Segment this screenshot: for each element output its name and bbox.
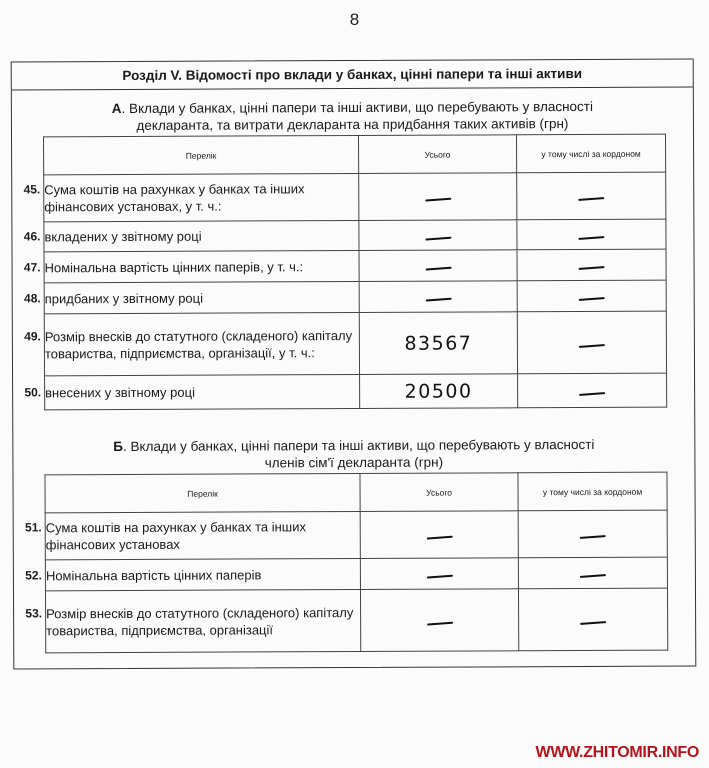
abroad-cell	[517, 219, 666, 250]
handwritten-dash	[579, 266, 605, 270]
total-cell	[360, 558, 518, 590]
total-cell	[359, 250, 517, 282]
part-b-letter: Б	[113, 439, 123, 454]
total-cell: 20500	[360, 374, 518, 409]
part-a-letter: А	[112, 101, 122, 116]
section-title: Розділ V. Відомості про вклади у банках,…	[12, 60, 693, 91]
handwritten-dash	[580, 574, 606, 578]
section-v-frame: Розділ V. Відомості про вклади у банках,…	[11, 59, 697, 670]
column-header-total: Усього	[359, 135, 517, 174]
row-number: 53.	[16, 605, 42, 622]
total-cell	[359, 220, 517, 251]
handwritten-dash	[425, 198, 451, 202]
row-number: 48.	[15, 290, 41, 307]
abroad-cell	[518, 373, 667, 408]
row-label: 49.Розмір внесків до статутного (складен…	[44, 312, 359, 375]
page-number: 8	[0, 10, 709, 30]
handwritten-dash	[425, 267, 451, 271]
table-row: 49.Розмір внесків до статутного (складен…	[44, 311, 666, 376]
table-row: 51.Сума коштів на рахунках у банках та і…	[45, 510, 667, 560]
row-number: 50.	[15, 384, 41, 401]
row-number: 47.	[15, 259, 41, 276]
column-header-abroad: у тому числі за кордоном	[518, 472, 667, 511]
row-number: 46.	[14, 228, 40, 245]
total-cell	[359, 281, 517, 313]
total-cell	[360, 589, 518, 652]
row-number: 49.	[15, 328, 41, 345]
abroad-cell	[517, 172, 666, 220]
handwritten-dash	[425, 298, 451, 302]
part-b-title: Б. Вклади у банках, цінні папери та інші…	[13, 436, 694, 473]
handwritten-dash	[580, 535, 606, 539]
column-header-list: Перелік	[44, 135, 359, 174]
table-row: 45.Сума коштів на рахунках у банках та і…	[44, 172, 666, 222]
handwritten-dash	[427, 621, 453, 625]
total-cell: 83567	[359, 312, 517, 375]
row-label: 52.Номінальна вартість цінних паперів	[45, 558, 360, 590]
abroad-cell	[517, 280, 666, 312]
row-number: 52.	[16, 567, 42, 584]
total-cell	[360, 511, 518, 559]
column-header-abroad: у тому числі за кордоном	[517, 134, 666, 173]
handwritten-dash	[425, 236, 451, 240]
handwritten-dash	[579, 391, 605, 395]
table-row: 52.Номінальна вартість цінних паперів	[45, 557, 667, 591]
part-b-table: Перелік Усього у тому числі за кордоном …	[44, 472, 668, 654]
handwritten-dash	[426, 575, 452, 579]
row-label: 47.Номінальна вартість цінних паперів, у…	[44, 250, 359, 282]
handwritten-dash	[579, 297, 605, 301]
row-number: 51.	[16, 519, 42, 536]
table-row: 47.Номінальна вартість цінних паперів, у…	[44, 249, 666, 283]
abroad-cell	[518, 588, 667, 651]
abroad-cell	[518, 510, 667, 558]
handwritten-value: 83567	[404, 332, 472, 354]
row-label: 45.Сума коштів на рахунках у банках та і…	[44, 173, 359, 221]
abroad-cell	[518, 557, 667, 589]
handwritten-dash	[579, 343, 605, 347]
watermark: WWW.ZHITOMIR.INFO	[536, 744, 699, 762]
row-label: 46.вкладених у звітному році	[44, 220, 359, 251]
table-row: 50.внесених у звітному році20500	[45, 373, 667, 410]
row-number: 45.	[14, 181, 40, 198]
column-header-total: Усього	[360, 473, 518, 512]
handwritten-value: 20500	[405, 380, 473, 402]
row-label: 48.придбаних у звітному році	[44, 281, 359, 313]
row-label: 50.внесених у звітному році	[45, 374, 360, 409]
total-cell	[359, 173, 517, 221]
handwritten-dash	[580, 620, 606, 624]
handwritten-dash	[578, 235, 604, 239]
part-a-table: Перелік Усього у тому числі за кордоном …	[43, 134, 667, 411]
row-label: 53.Розмір внесків до статутного (складен…	[45, 589, 360, 652]
row-label: 51.Сума коштів на рахунках у банках та і…	[45, 511, 360, 559]
table-row: 46.вкладених у звітному році	[44, 219, 666, 252]
table-row: 48.придбаних у звітному році	[44, 280, 666, 314]
abroad-cell	[517, 249, 666, 281]
column-header-list: Перелік	[45, 473, 360, 512]
handwritten-dash	[578, 197, 604, 201]
abroad-cell	[517, 311, 666, 374]
handwritten-dash	[426, 536, 452, 540]
part-a-title: А. Вклади у банках, цінні папери та інші…	[12, 98, 693, 135]
table-row: 53.Розмір внесків до статутного (складен…	[45, 588, 667, 653]
